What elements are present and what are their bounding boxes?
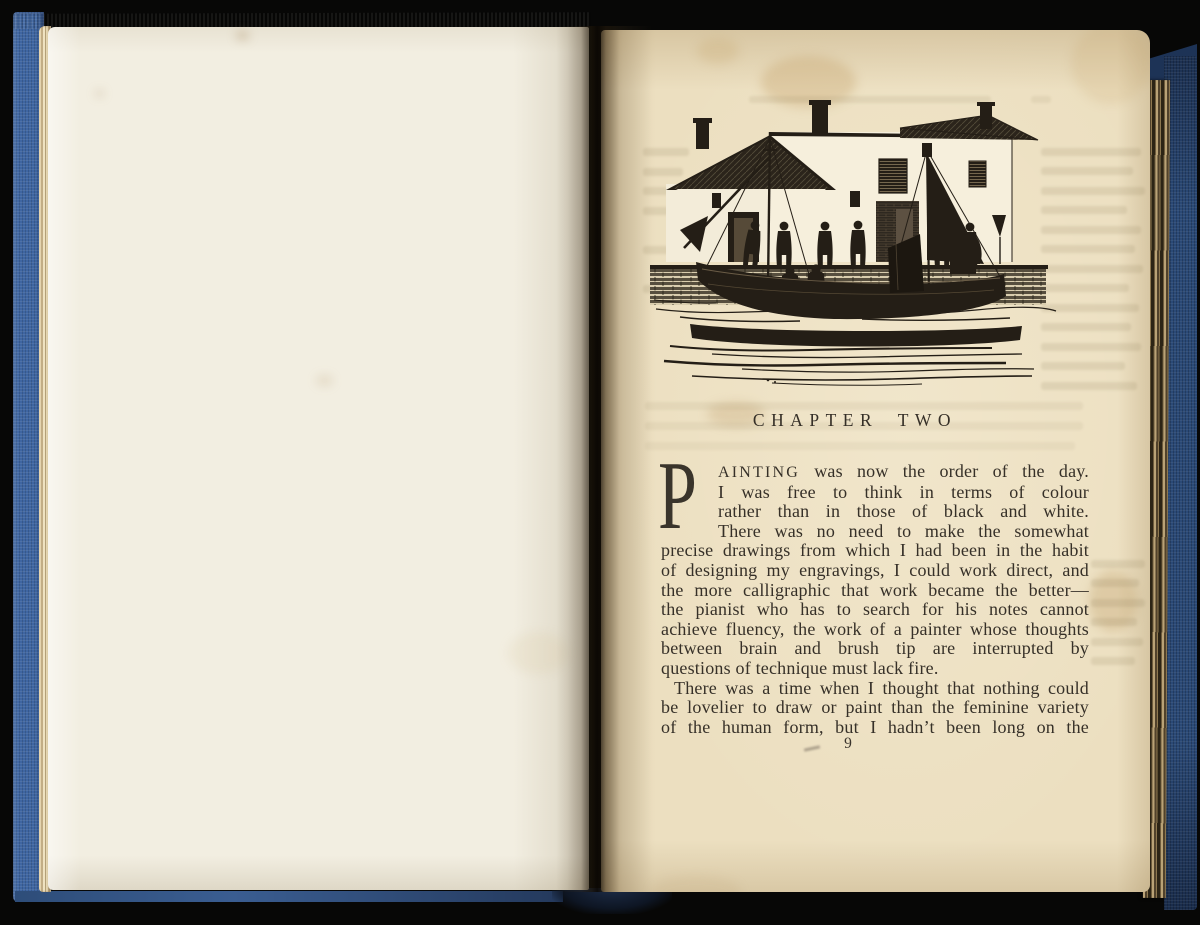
body-text: P AINTING was now the order of the day. … bbox=[661, 462, 1089, 737]
text-line: questions of technique must lack fire. bbox=[661, 659, 1089, 679]
text-line: achieve fluency, the work of a painter w… bbox=[661, 620, 1089, 640]
text-line: rather than in those of black and white. bbox=[718, 502, 1089, 522]
paragraph-2: There was a time when I thought that not… bbox=[661, 679, 1089, 738]
page-number: 9 bbox=[634, 735, 1062, 753]
text-line: precise drawings from which I had been i… bbox=[661, 541, 1089, 561]
left-page-blank bbox=[48, 27, 589, 890]
text-line: There was a time when I thought that not… bbox=[661, 679, 1089, 699]
text-line: I was free to think in terms of colour bbox=[718, 483, 1089, 503]
text-line: the pianist who has to search for his no… bbox=[661, 600, 1089, 620]
book-cover-bottom-edge bbox=[15, 891, 563, 902]
text-line-rest: was now the order of the day. bbox=[800, 461, 1089, 481]
text-line: be lovelier to draw or paint than the fe… bbox=[661, 698, 1089, 718]
chapter-heading: CHAPTER TWO bbox=[641, 410, 1069, 431]
paragraph-1: AINTING was now the order of the day. I … bbox=[661, 462, 1089, 679]
text-line: of designing my engravings, I could work… bbox=[661, 561, 1089, 581]
drop-cap: P bbox=[658, 447, 697, 544]
photo-of-open-book: CHAPTER TWO P AINTING was now the order … bbox=[0, 0, 1200, 925]
right-page: CHAPTER TWO P AINTING was now the order … bbox=[601, 30, 1150, 892]
text-line: between brain and brush tip are interrup… bbox=[661, 639, 1089, 659]
text-line: There was no need to make the somewhat bbox=[718, 522, 1089, 542]
text-line: the more calligraphic that work became t… bbox=[661, 581, 1089, 601]
boat-quay-woodcut-illustration bbox=[650, 88, 1070, 388]
text-line: AINTING was now the order of the day. bbox=[718, 462, 1089, 483]
lead-small-caps: AINTING bbox=[718, 464, 800, 481]
